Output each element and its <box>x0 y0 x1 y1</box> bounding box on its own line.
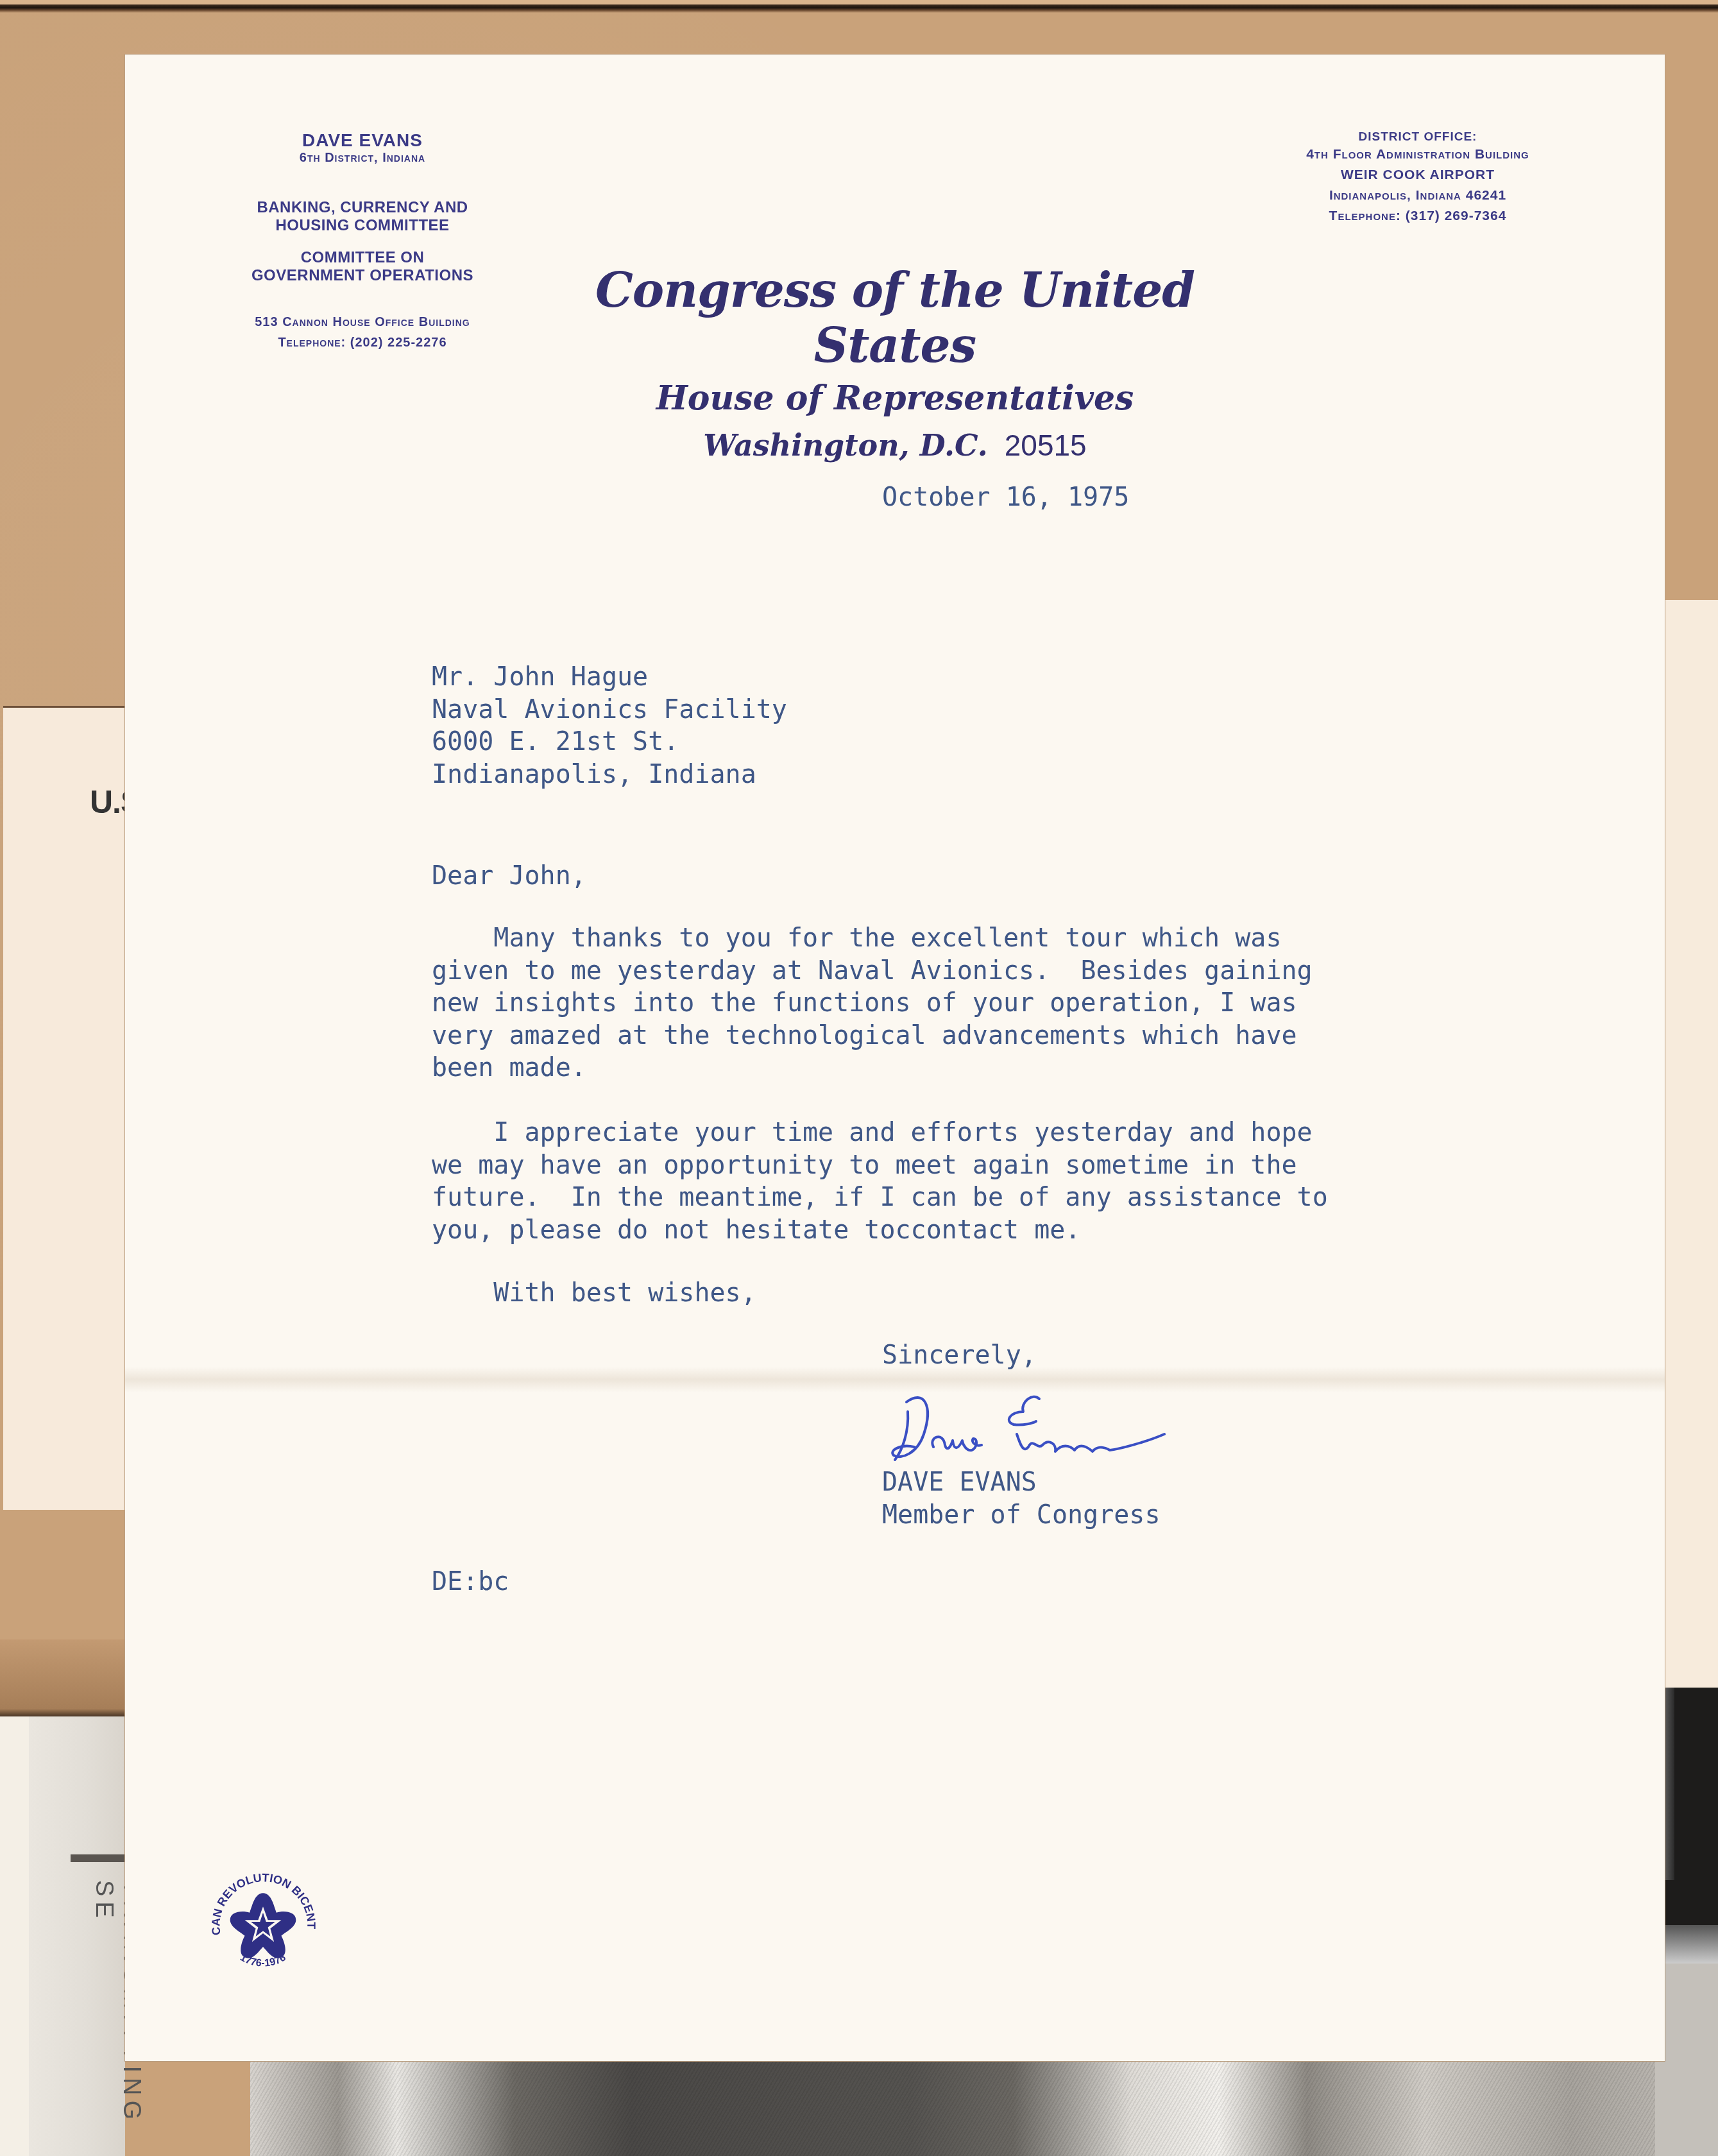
committee-line: COMMITTEE ON <box>183 249 542 267</box>
letter-page: DAVE EVANS 6th District, Indiana BANKING… <box>125 55 1665 2061</box>
letter-date: October 16, 1975 <box>882 481 1129 514</box>
letterhead-title-block: Congress of the United States House of R… <box>510 263 1280 463</box>
district-office-label: DISTRICT OFFICE: <box>1216 130 1620 144</box>
body-paragraph-2: I appreciate your time and efforts yeste… <box>432 1116 1328 1246</box>
signer-name: DAVE EVANS <box>882 1466 1160 1499</box>
letterhead-chamber: House of Representatives <box>510 379 1280 418</box>
letterhead-title: Congress of the United States <box>510 263 1280 373</box>
address-line: 6000 E. 21st St. <box>432 726 787 758</box>
committee-line: BANKING, CURRENCY AND <box>183 199 542 217</box>
district-office-line: Indianapolis, Indiana 46241 <box>1216 185 1620 206</box>
salutation: Dear John, <box>432 860 586 893</box>
body-paragraph-1: Many thanks to you for the excellent tou… <box>432 922 1313 1084</box>
photo-edge-strip <box>71 1854 125 1862</box>
closing-line: With best wishes, <box>432 1277 756 1310</box>
district-office-line: 4th Floor Administration Building <box>1216 144 1620 165</box>
complimentary-close: Sincerely, <box>882 1339 1037 1372</box>
letterhead-city-line: Washington, D.C.20515 <box>510 428 1280 463</box>
address-line: Mr. John Hague <box>432 661 787 694</box>
reference-initials: DE:bc <box>432 1566 509 1598</box>
body-line: we may have an opportunity to meet again… <box>432 1149 1328 1182</box>
body-line: new insights into the functions of your … <box>432 987 1313 1020</box>
district-office-line: WEIR COOK AIRPORT <box>1216 165 1620 185</box>
folder-edge <box>0 1639 125 1716</box>
folder-top-edge <box>0 0 1718 13</box>
body-line: been made. <box>432 1052 1313 1084</box>
body-line: Many thanks to you for the excellent tou… <box>432 922 1313 955</box>
body-line: I appreciate your time and efforts yeste… <box>432 1116 1328 1149</box>
letterhead-zip: 20515 <box>1005 429 1087 462</box>
background-paper-right <box>1665 600 1718 1691</box>
member-district: 6th District, Indiana <box>183 151 542 166</box>
signature-block: DAVE EVANSMember of Congress <box>882 1466 1160 1531</box>
background-photo-left: TRANSMITTING SE <box>0 1716 125 2156</box>
body-line: very amazed at the technological advance… <box>432 1020 1313 1052</box>
body-line: future. In the meantime, if I can be of … <box>432 1181 1328 1214</box>
committee-line: GOVERNMENT OPERATIONS <box>183 267 542 285</box>
signer-title: Member of Congress <box>882 1499 1160 1532</box>
recipient-address: Mr. John HagueNaval Avionics Facility600… <box>432 661 787 791</box>
letterhead-city: Washington, D.C. <box>703 428 987 463</box>
dc-office-address: 513 Cannon House Office Building <box>183 312 542 332</box>
body-line: given to me yesterday at Naval Avionics.… <box>432 955 1313 988</box>
body-line: you, please do not hesitate toccontact m… <box>432 1214 1328 1247</box>
bicentennial-star-icon: AMERICAN REVOLUTION BICENTENNIAL 1776-19… <box>202 1861 324 1983</box>
district-office-line: Telephone: (317) 269-7364 <box>1216 206 1620 227</box>
address-line: Indianapolis, Indiana <box>432 758 787 791</box>
letterhead-member-block: DAVE EVANS 6th District, Indiana BANKING… <box>183 130 542 353</box>
committee-line: HOUSING COMMITTEE <box>183 217 542 235</box>
dc-office-telephone: Telephone: (202) 225-2276 <box>183 332 542 353</box>
handwritten-signature <box>889 1386 1171 1469</box>
address-line: Naval Avionics Facility <box>432 694 787 726</box>
photo-suit-texture <box>250 2061 1718 2156</box>
letterhead-district-office: DISTRICT OFFICE: 4th Floor Administratio… <box>1216 130 1620 227</box>
member-name: DAVE EVANS <box>183 130 542 151</box>
background-photo-bottom <box>250 2061 1718 2156</box>
